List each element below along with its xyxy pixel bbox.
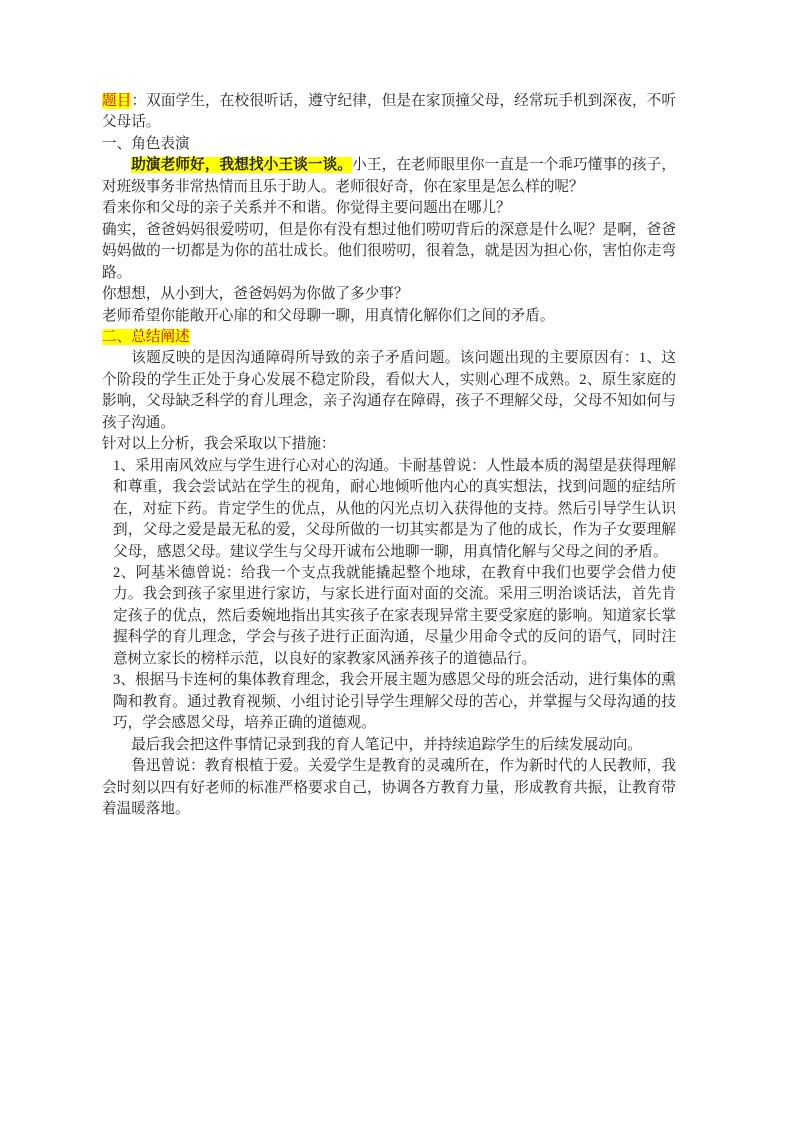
role-play-closing: 老师希望你能敞开心扉的和父母聊一聊，用真情化解你们之间的矛盾。 bbox=[102, 306, 676, 327]
text-run: 3、根据马卡连柯的集体教育理念，我会开展主题为感恩父母的班会活动，进行集体的熏陶… bbox=[113, 672, 676, 731]
text-run: 一、角色表演 bbox=[102, 136, 190, 152]
role-play-prompt: 你想想，从小到大，爸爸妈妈为你做了多少事？ bbox=[102, 284, 676, 305]
highlighted-text-run: 助演老师好，我想找小王谈一谈。 bbox=[131, 157, 352, 173]
text-run: 你想想，从小到大，爸爸妈妈为你做了多少事？ bbox=[102, 286, 408, 302]
role-play-opening: 助演老师好，我想找小王谈一谈。小王，在老师眼里你一直是一个乖巧懂事的孩子，对班级… bbox=[102, 155, 676, 198]
role-play-question: 看来你和父母的亲子关系并不和谐。你觉得主要问题出在哪儿？ bbox=[102, 198, 676, 219]
closing-record: 最后我会把这件事情记录到我的育人笔记中，并持续追踪学生的后续发展动向。 bbox=[102, 735, 676, 756]
document-content: 题目：双面学生，在校很听话，遵守纪律，但是在家顶撞父母，经常玩手机到深夜，不听父… bbox=[102, 91, 676, 820]
text-run: 鲁迅曾说：教育根植于爱。关爱学生是教育的灵魂所在，作为新时代的人民教师，我会时刻… bbox=[102, 758, 676, 817]
text-run: 针对以上分析，我会采取以下措施： bbox=[102, 436, 336, 452]
measure-1: 1、采用南风效应与学生进行心对心的沟通。卡耐基曾说：人性最本质的渴望是获得理解和… bbox=[113, 456, 676, 563]
summary-analysis: 该题反映的是因沟通障碍所导致的亲子矛盾问题。该问题出现的主要原因有：1、这个阶段… bbox=[102, 348, 676, 434]
highlighted-text-run: 题目 bbox=[102, 93, 131, 109]
section-2-heading: 二、总结阐述 bbox=[102, 327, 676, 348]
measure-3: 3、根据马卡连柯的集体教育理念，我会开展主题为感恩父母的班会活动，进行集体的熏陶… bbox=[113, 670, 676, 734]
highlighted-text-run: 二、总结阐述 bbox=[102, 329, 190, 345]
text-run: 1、采用南风效应与学生进行心对心的沟通。卡耐基曾说：人性最本质的渴望是获得理解和… bbox=[113, 458, 676, 560]
document-page: 题目：双面学生，在校很听话，遵守纪律，但是在家顶撞父母，经常玩手机到深夜，不听父… bbox=[0, 0, 793, 1122]
closing-quote: 鲁迅曾说：教育根植于爱。关爱学生是教育的灵魂所在，作为新时代的人民教师，我会时刻… bbox=[102, 756, 676, 820]
text-run: 确实，爸爸妈妈很爱唠叨，但是你有没有想过他们唠叨背后的深意是什么呢？是啊，爸爸妈… bbox=[102, 222, 676, 281]
text-run: 2、阿基米德曾说：给我一个支点我就能撬起整个地球，在教育中我们也要学会借力使力。… bbox=[113, 565, 676, 667]
title-paragraph: 题目：双面学生，在校很听话，遵守纪律，但是在家顶撞父母，经常玩手机到深夜，不听父… bbox=[102, 91, 676, 134]
text-run: 看来你和父母的亲子关系并不和谐。你觉得主要问题出在哪儿？ bbox=[102, 200, 511, 216]
measure-2: 2、阿基米德曾说：给我一个支点我就能撬起整个地球，在教育中我们也要学会借力使力。… bbox=[113, 563, 676, 670]
measures-intro: 针对以上分析，我会采取以下措施： bbox=[102, 434, 676, 455]
role-play-response: 确实，爸爸妈妈很爱唠叨，但是你有没有想过他们唠叨背后的深意是什么呢？是啊，爸爸妈… bbox=[102, 220, 676, 284]
text-run: 最后我会把这件事情记录到我的育人笔记中，并持续追踪学生的后续发展动向。 bbox=[131, 737, 642, 753]
section-1-heading: 一、角色表演 bbox=[102, 134, 676, 155]
text-run: 老师希望你能敞开心扉的和父母聊一聊，用真情化解你们之间的矛盾。 bbox=[102, 308, 554, 324]
text-run: ：双面学生，在校很听话，遵守纪律，但是在家顶撞父母，经常玩手机到深夜，不听父母话… bbox=[102, 93, 676, 130]
text-run: 该题反映的是因沟通障碍所导致的亲子矛盾问题。该问题出现的主要原因有：1、这个阶段… bbox=[102, 350, 676, 430]
